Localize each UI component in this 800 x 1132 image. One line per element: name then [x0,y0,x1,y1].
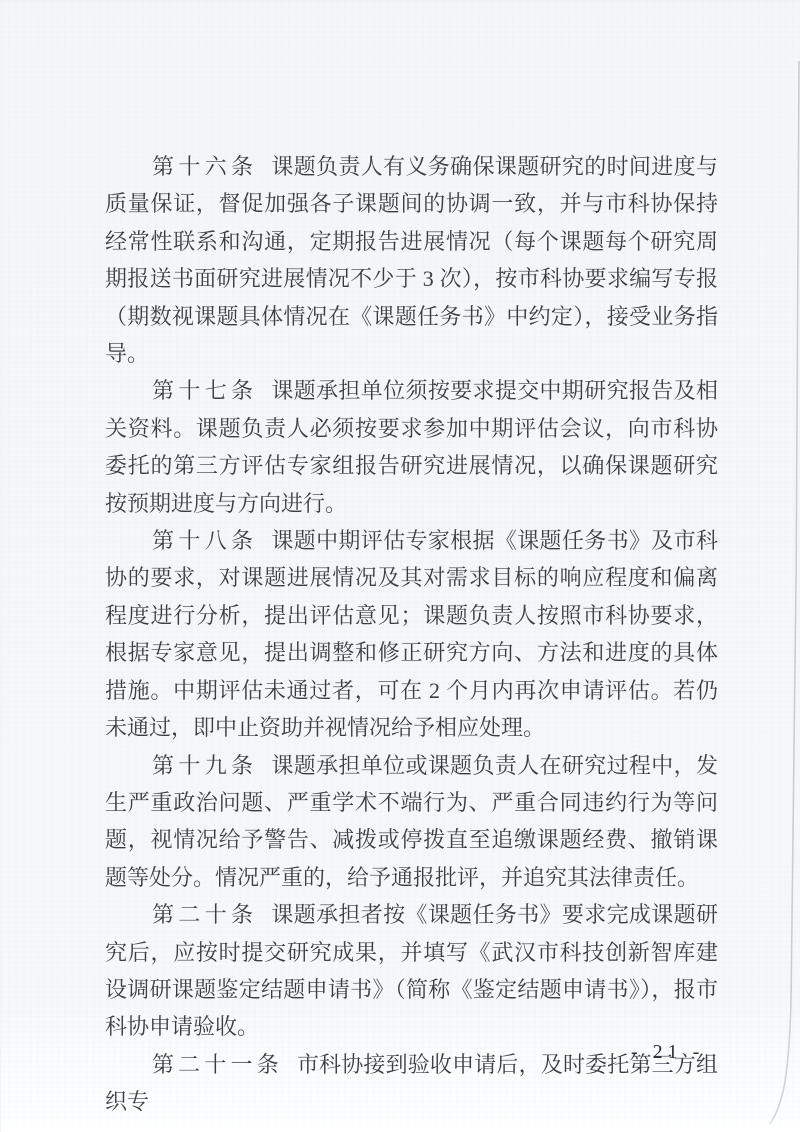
article-paragraph: 第十八条课题中期评估专家根据《课题任务书》及市科协的要求，对课题进展情况及其对需… [105,522,718,746]
article-number: 第十七条 [152,378,257,403]
article-paragraph: 第二十一条市科协接到验收申请后，及时委托第三方组织专 [105,1046,718,1121]
scanned-document-page: 第十六条课题负责人有义务确保课题研究的时间进度与质量保证，督促加强各子课题间的协… [0,0,800,1132]
article-text: 课题负责人有义务确保课题研究的时间进度与质量保证，督促加强各子课题间的协调一致，… [105,154,718,366]
article-number: 第十八条 [152,528,257,553]
article-paragraph: 第二十条课题承担者按《课题任务书》要求完成课题研究后，应按时提交研究成果，并填写… [105,896,718,1046]
article-number: 第十九条 [152,753,257,778]
article-paragraph: 第十七条课题承担单位须按要求提交中期研究报告及相关资料。课题负责人必须按要求参加… [105,372,718,522]
article-number: 第二十一条 [152,1052,283,1077]
article-text: 课题中期评估专家根据《课题任务书》及市科协的要求，对课题进展情况及其对需求目标的… [105,528,718,740]
article-paragraph: 第十六条课题负责人有义务确保课题研究的时间进度与质量保证，督促加强各子课题间的协… [105,148,718,372]
article-number: 第二十条 [152,902,257,927]
page-number: - 21 - [631,1041,704,1064]
article-number: 第十六条 [152,154,257,179]
document-text-column: 第十六条课题负责人有义务确保课题研究的时间进度与质量保证，督促加强各子课题间的协… [105,148,718,1121]
scan-bottom-fade [1,1117,800,1132]
article-paragraph: 第十九条课题承担单位或课题负责人在研究过程中，发生严重政治问题、严重学术不端行为… [105,747,718,897]
